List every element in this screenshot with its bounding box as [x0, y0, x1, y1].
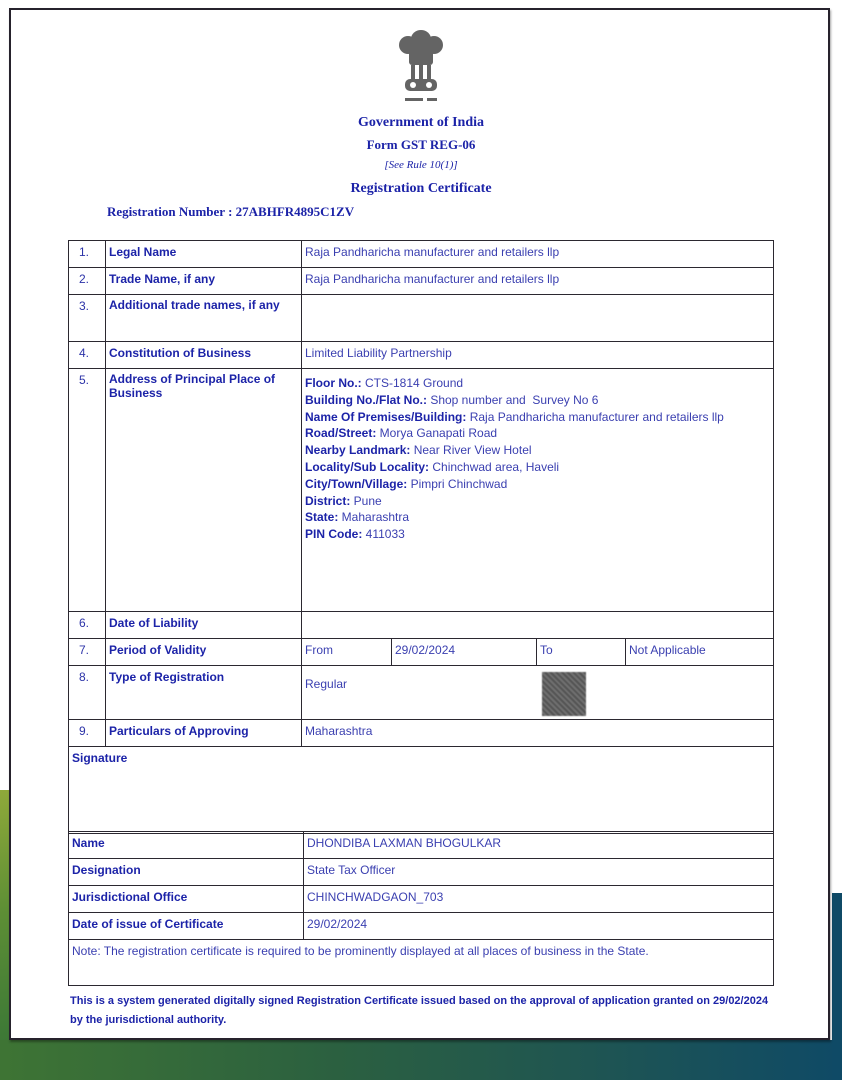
- signature-row: Signature: [69, 747, 774, 834]
- row-label: Address of Principal Place of Business: [106, 369, 302, 612]
- officer-value: State Tax Officer: [304, 859, 774, 886]
- row-label: Particulars of Approving: [106, 720, 302, 747]
- officer-value: 29/02/2024: [304, 913, 774, 940]
- officer-row-office: Jurisdictional Office CHINCHWADGAON_703: [69, 886, 774, 913]
- officer-row-issue-date: Date of issue of Certificate 29/02/2024: [69, 913, 774, 940]
- certificate-table: 1. Legal Name Raja Pandharicha manufactu…: [68, 240, 774, 834]
- address-line: PIN Code: 411033: [305, 526, 771, 543]
- row-number: 6.: [69, 612, 106, 639]
- officer-label: Jurisdictional Office: [69, 886, 304, 913]
- validity-from-date: 29/02/2024: [392, 639, 537, 666]
- signature-label: Signature: [69, 747, 774, 834]
- rule-reference: [See Rule 10(1)]: [0, 159, 842, 171]
- footer-statement: This is a system generated digitally sig…: [70, 992, 770, 1030]
- row-label: Date of Liability: [106, 612, 302, 639]
- table-row-period-of-validity: 7. Period of Validity From 29/02/2024 To…: [69, 639, 774, 666]
- address-line: Locality/Sub Locality: Chinchwad area, H…: [305, 459, 771, 476]
- qr-code-icon[interactable]: [542, 672, 586, 716]
- address-field-label: PIN Code:: [305, 527, 362, 541]
- state-emblem-of-india-icon: [393, 25, 449, 107]
- address-field-label: District:: [305, 494, 350, 508]
- registration-type: Regular: [305, 676, 347, 692]
- row-number: 2.: [69, 268, 106, 295]
- address-line: Road/Street: Morya Ganapati Road: [305, 425, 771, 442]
- row-value: [302, 612, 774, 639]
- row-number: 3.: [69, 295, 106, 342]
- row-number: 1.: [69, 241, 106, 268]
- table-row-address: 5. Address of Principal Place of Busines…: [69, 369, 774, 612]
- address-field-value: Pune: [350, 494, 381, 508]
- row-number: 4.: [69, 342, 106, 369]
- officer-label: Designation: [69, 859, 304, 886]
- address-field-label: Road/Street:: [305, 426, 376, 440]
- row-label: Period of Validity: [106, 639, 302, 666]
- officer-table: Name DHONDIBA LAXMAN BHOGULKAR Designati…: [68, 831, 774, 986]
- officer-row-name: Name DHONDIBA LAXMAN BHOGULKAR: [69, 832, 774, 859]
- row-label: Trade Name, if any: [106, 268, 302, 295]
- address-field-label: Name Of Premises/Building:: [305, 410, 466, 424]
- address-line: State: Maharashtra: [305, 509, 771, 526]
- address-field-value: Chinchwad area, Haveli: [429, 460, 559, 474]
- address-line: Nearby Landmark: Near River View Hotel: [305, 442, 771, 459]
- officer-label: Date of issue of Certificate: [69, 913, 304, 940]
- row-value: Maharashtra: [302, 720, 774, 747]
- government-title: Government of India: [0, 115, 842, 131]
- officer-label: Name: [69, 832, 304, 859]
- row-number: 7.: [69, 639, 106, 666]
- table-row-date-of-liability: 6. Date of Liability: [69, 612, 774, 639]
- validity-from-label: From: [302, 639, 392, 666]
- table-row-legal-name: 1. Legal Name Raja Pandharicha manufactu…: [69, 241, 774, 268]
- address-field-label: Locality/Sub Locality:: [305, 460, 429, 474]
- table-row-additional-trade-names: 3. Additional trade names, if any: [69, 295, 774, 342]
- row-number: 9.: [69, 720, 106, 747]
- table-row-approving: 9. Particulars of Approving Maharashtra: [69, 720, 774, 747]
- validity-to-label: To: [537, 639, 626, 666]
- row-value: Raja Pandharicha manufacturer and retail…: [302, 241, 774, 268]
- address-line: District: Pune: [305, 493, 771, 510]
- officer-row-designation: Designation State Tax Officer: [69, 859, 774, 886]
- row-number: 8.: [69, 666, 106, 720]
- address-block: Floor No.: CTS-1814 GroundBuilding No./F…: [302, 369, 774, 612]
- validity-to-date: Not Applicable: [626, 639, 774, 666]
- address-line: Building No./Flat No.: Shop number and S…: [305, 392, 771, 409]
- row-value: Limited Liability Partnership: [302, 342, 774, 369]
- address-field-label: Building No./Flat No.:: [305, 393, 427, 407]
- officer-value: DHONDIBA LAXMAN BHOGULKAR: [304, 832, 774, 859]
- address-field-value: CTS-1814 Ground: [362, 376, 463, 390]
- address-field-label: City/Town/Village:: [305, 477, 407, 491]
- address-line: Name Of Premises/Building: Raja Pandhari…: [305, 409, 771, 426]
- address-field-value: 411033: [362, 527, 405, 541]
- note-row: Note: The registration certificate is re…: [69, 940, 774, 986]
- address-field-value: Maharashtra: [338, 510, 409, 524]
- address-line: City/Town/Village: Pimpri Chinchwad: [305, 476, 771, 493]
- row-value: Raja Pandharicha manufacturer and retail…: [302, 268, 774, 295]
- address-field-value: Morya Ganapati Road: [376, 426, 497, 440]
- certificate-title: Registration Certificate: [0, 181, 842, 197]
- row-label: Type of Registration: [106, 666, 302, 720]
- registration-number: Registration Number : 27ABHFR4895C1ZV: [107, 204, 354, 220]
- background-bottom: [0, 1040, 842, 1080]
- address-field-value: Near River View Hotel: [410, 443, 531, 457]
- table-row-trade-name: 2. Trade Name, if any Raja Pandharicha m…: [69, 268, 774, 295]
- address-line: Floor No.: CTS-1814 Ground: [305, 375, 771, 392]
- table-row-constitution: 4. Constitution of Business Limited Liab…: [69, 342, 774, 369]
- address-field-value: Pimpri Chinchwad: [407, 477, 507, 491]
- address-field-label: State:: [305, 510, 338, 524]
- form-title: Form GST REG-06: [0, 137, 842, 153]
- registration-number-label: Registration Number :: [107, 204, 232, 219]
- row-label: Additional trade names, if any: [106, 295, 302, 342]
- table-row-type-of-registration: 8. Type of Registration Regular: [69, 666, 774, 720]
- registration-number-value: 27ABHFR4895C1ZV: [236, 204, 354, 219]
- row-label: Legal Name: [106, 241, 302, 268]
- officer-value: CHINCHWADGAON_703: [304, 886, 774, 913]
- address-field-value: Raja Pandharicha manufacturer and retail…: [466, 410, 723, 424]
- background-blue: [832, 893, 842, 1080]
- address-field-value: Shop number and Survey No 6: [427, 393, 598, 407]
- row-number: 5.: [69, 369, 106, 612]
- address-field-label: Nearby Landmark:: [305, 443, 410, 457]
- row-label: Constitution of Business: [106, 342, 302, 369]
- note-text: Note: The registration certificate is re…: [69, 940, 774, 986]
- address-field-label: Floor No.:: [305, 376, 362, 390]
- row-value: [302, 295, 774, 342]
- row-value-cell: Regular: [302, 666, 774, 720]
